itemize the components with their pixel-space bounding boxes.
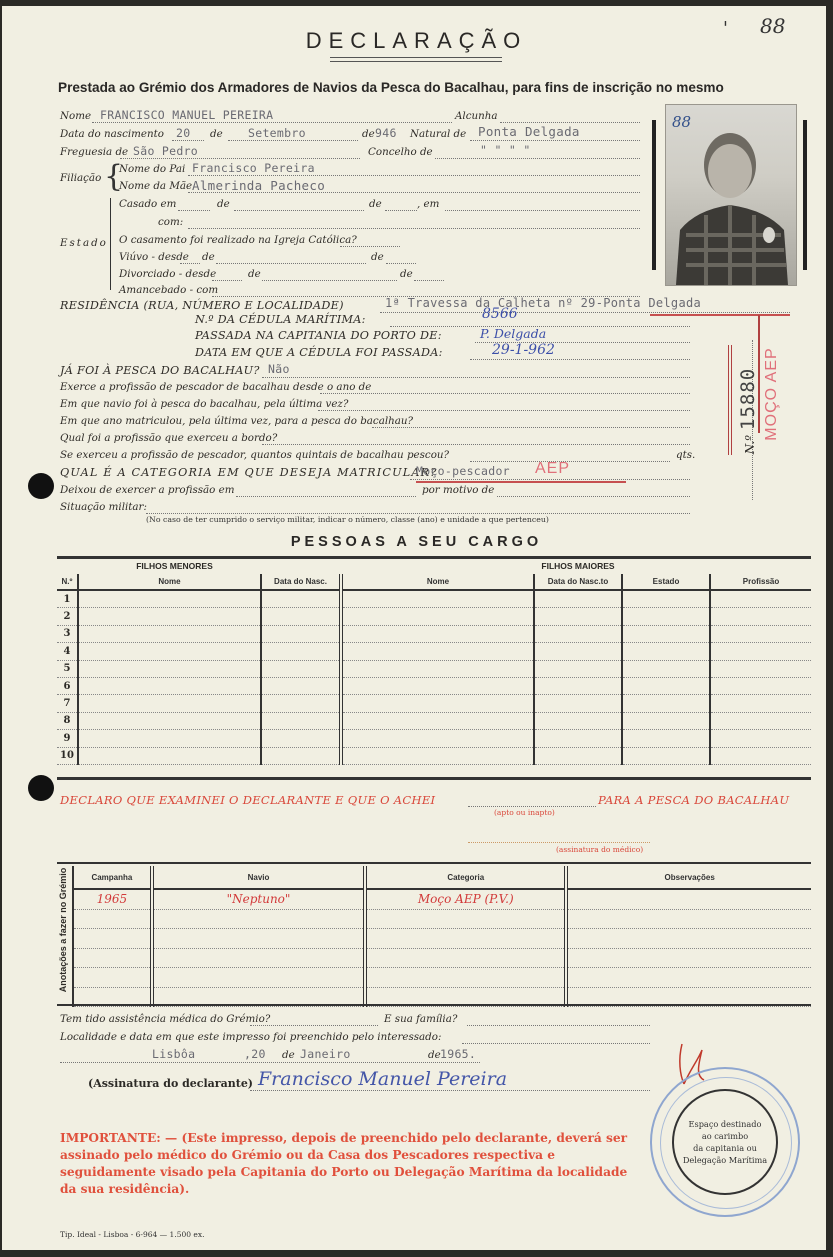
- table-row: [73, 968, 811, 988]
- assistencia-field[interactable]: [250, 1025, 378, 1026]
- pai-line: [188, 175, 640, 176]
- freguesia-field[interactable]: São Pedro: [133, 144, 198, 158]
- natural-field[interactable]: Ponta Delgada: [478, 124, 580, 139]
- table-row: 2: [57, 608, 811, 625]
- stamp-line: Delegação Marítima: [683, 1154, 767, 1166]
- page-title: DECLARAÇÃO: [0, 28, 833, 54]
- menor-nome-cell[interactable]: [78, 677, 261, 694]
- freguesia-label: Freguesia de: [60, 146, 128, 158]
- col-maiores-nasc: Data do Nasc.to: [534, 574, 622, 590]
- assinatura-medico-note: (assinatura do médico): [556, 845, 643, 854]
- igreja-field[interactable]: [340, 246, 400, 247]
- maior-nome-cell[interactable]: [341, 625, 534, 642]
- divorciado-month-field[interactable]: [262, 280, 397, 281]
- mae-field[interactable]: Almerinda Pacheco: [192, 178, 325, 193]
- estado-cell[interactable]: [622, 695, 710, 712]
- profissao-cell[interactable]: [710, 590, 811, 608]
- viuvo-year-field[interactable]: [386, 263, 416, 264]
- anot-top-rule: [57, 862, 811, 864]
- table-row: [73, 948, 811, 968]
- stamp-text: Espaço destinado ao carimbo da capitania…: [683, 1118, 767, 1166]
- de-label: de: [369, 198, 382, 210]
- maior-nasc-cell[interactable]: [534, 730, 622, 747]
- amancebado-label: Amancebado - com: [119, 284, 218, 296]
- menor-nome-cell[interactable]: [78, 608, 261, 625]
- desde-field[interactable]: [320, 393, 690, 394]
- maior-nome-cell[interactable]: [341, 643, 534, 660]
- estado-cell[interactable]: [622, 608, 710, 625]
- apto-note: (apto ou inapto): [494, 808, 555, 817]
- table-row: 8: [57, 712, 811, 729]
- nascimento-year-field[interactable]: 946: [375, 126, 397, 140]
- igreja-label: O casamento foi realizado na Igreja Cató…: [119, 234, 357, 246]
- anotacoes-side-label: Anotações a fazer no Grémio: [58, 855, 68, 1005]
- pai-label: Nome do Pai: [119, 163, 185, 175]
- profissao-cell[interactable]: [710, 730, 811, 747]
- navio-cell[interactable]: [152, 968, 365, 988]
- categoria-line: [410, 479, 690, 480]
- de-label: de: [248, 268, 261, 280]
- deixou-field[interactable]: [236, 496, 416, 497]
- applicant-photo: 88: [665, 104, 797, 286]
- maior-nome-cell[interactable]: [341, 660, 534, 677]
- menor-nasc-cell[interactable]: [261, 730, 341, 747]
- menor-nasc-cell[interactable]: [261, 747, 341, 764]
- category-stamp: MOÇO AEP: [763, 334, 781, 454]
- menor-nasc-cell[interactable]: [261, 590, 341, 608]
- localidade-line: [462, 1043, 650, 1044]
- table-row: 1965"Neptuno"Moço AEP (P.V.): [73, 889, 811, 909]
- profissao-cell[interactable]: [710, 643, 811, 660]
- table-row: 7: [57, 695, 811, 712]
- menor-nome-cell[interactable]: [78, 660, 261, 677]
- maior-nome-cell[interactable]: [341, 712, 534, 729]
- categoria-cell[interactable]: [365, 948, 566, 968]
- maior-nome-cell[interactable]: [341, 747, 534, 764]
- assistencia-label: Tem tido assistência médica do Grémio?: [60, 1013, 270, 1025]
- title-underline: [330, 57, 502, 62]
- table-row: 3: [57, 625, 811, 642]
- maior-nome-cell[interactable]: [341, 677, 534, 694]
- menor-nasc-cell[interactable]: [261, 608, 341, 625]
- menor-nome-cell[interactable]: [78, 695, 261, 712]
- local-field[interactable]: Lisbôa: [152, 1047, 195, 1061]
- observacoes-cell[interactable]: [566, 948, 811, 968]
- observacoes-cell[interactable]: [566, 909, 811, 929]
- declaro-label: DECLARO QUE EXAMINEI O DECLARANTE E QUE …: [60, 793, 435, 807]
- categoria-cell[interactable]: [365, 909, 566, 929]
- row-number: 1: [57, 590, 78, 608]
- com-label: com:: [158, 216, 183, 228]
- nascimento-label: Data do nascimento: [60, 128, 164, 140]
- side-number-stamp: N.º 15880: [737, 351, 759, 471]
- nome-field[interactable]: FRANCISCO MANUEL PEREIRA: [100, 108, 273, 122]
- anotacoes-table: Campanha Navio Categoria Observações 196…: [72, 866, 811, 1007]
- profissao-cell[interactable]: [710, 712, 811, 729]
- profissao-cell[interactable]: [710, 608, 811, 625]
- table-row: 5: [57, 660, 811, 677]
- punch-hole: [28, 775, 54, 801]
- divorciado-label: Divorciado - desde: [119, 268, 216, 280]
- table-row: [73, 929, 811, 949]
- dependentes-table: N.º Nome Data do Nasc. Nome Data do Nasc…: [57, 574, 811, 765]
- casado-place-field[interactable]: [445, 210, 640, 211]
- col-menores-nome: Nome: [78, 574, 261, 590]
- deixou-label: Deixou de exercer a profissão em: [60, 484, 235, 496]
- maior-nome-cell[interactable]: [341, 608, 534, 625]
- menor-nasc-cell[interactable]: [261, 677, 341, 694]
- alcunha-label: Alcunha: [455, 110, 498, 122]
- natural-label: Natural de: [410, 128, 466, 140]
- assinatura-medico-field[interactable]: [468, 842, 650, 843]
- estado-cell[interactable]: [622, 625, 710, 642]
- categoria-cell[interactable]: [365, 929, 566, 949]
- ja-foi-field[interactable]: Não: [268, 362, 290, 376]
- row-number: 6: [57, 677, 78, 694]
- cedula-field[interactable]: 8566: [482, 306, 518, 322]
- capitania-stamp-area: Espaço destinado ao carimbo da capitania…: [672, 1089, 778, 1195]
- estado-cell[interactable]: [622, 677, 710, 694]
- de-label: de: [210, 128, 223, 140]
- militar-note: (No caso de ter cumprido o serviço milit…: [146, 515, 549, 524]
- ano-field[interactable]: 1965.: [440, 1047, 476, 1061]
- mes-field[interactable]: Janeiro: [300, 1047, 351, 1061]
- anot-bottom-rule: [57, 1004, 811, 1006]
- assinatura-label: (Assinatura do declarante): [88, 1077, 253, 1090]
- profissao-field[interactable]: [262, 444, 690, 445]
- menor-nome-cell[interactable]: [78, 590, 261, 608]
- menor-nasc-cell[interactable]: [261, 712, 341, 729]
- desde-label: Exerce a profissão de pescador de bacalh…: [60, 381, 371, 393]
- estado-cell[interactable]: [622, 660, 710, 677]
- menor-nasc-cell[interactable]: [261, 660, 341, 677]
- campanha-cell[interactable]: [73, 909, 152, 929]
- estado-cell[interactable]: [622, 730, 710, 747]
- estado-brace: [110, 198, 111, 290]
- campanha-cell[interactable]: [73, 968, 152, 988]
- casado-year-field[interactable]: [385, 210, 417, 211]
- photo-frame-left: [652, 120, 656, 270]
- de-label: de: [217, 198, 230, 210]
- concelho-label: Concelho de: [368, 146, 433, 158]
- estado-cell[interactable]: [622, 590, 710, 608]
- estado-cell[interactable]: [622, 643, 710, 660]
- table-row: 6: [57, 677, 811, 694]
- mae-label: Nome da Mãe: [119, 180, 192, 192]
- observacoes-cell[interactable]: [566, 929, 811, 949]
- para-label: PARA A PESCA DO BACALHAU: [598, 793, 789, 807]
- menor-nome-cell[interactable]: [78, 643, 261, 660]
- row-number: 7: [57, 695, 78, 712]
- militar-field[interactable]: [146, 513, 690, 514]
- nascimento-month-field[interactable]: Setembro: [248, 126, 306, 140]
- casado-month-field[interactable]: [234, 210, 364, 211]
- number-prefix: N.º: [743, 435, 757, 454]
- ja-foi-label: JÁ FOI À PESCA DO BACALHAU?: [60, 364, 260, 377]
- militar-label: Situação militar:: [60, 501, 147, 513]
- menores-heading: FILHOS MENORES: [57, 561, 292, 571]
- dia-field[interactable]: ,20: [244, 1047, 266, 1061]
- maior-nasc-cell[interactable]: [534, 590, 622, 608]
- localidade-label: Localidade e data em que este impresso f…: [60, 1031, 441, 1043]
- menor-nome-cell[interactable]: [78, 730, 261, 747]
- motivo-field[interactable]: [497, 496, 690, 497]
- menor-nasc-cell[interactable]: [261, 643, 341, 660]
- col-estado: Estado: [622, 574, 710, 590]
- campanha-cell[interactable]: [73, 929, 152, 949]
- nome-label: Nome: [60, 110, 91, 122]
- filiacao-label: Filiação: [60, 172, 101, 184]
- alcunha-field[interactable]: [500, 122, 640, 123]
- menor-nasc-cell[interactable]: [261, 695, 341, 712]
- profissao-cell[interactable]: [710, 660, 811, 677]
- natural-line: [470, 140, 640, 141]
- navio-cell[interactable]: [152, 929, 365, 949]
- casado-label: Casado em: [119, 198, 176, 210]
- maior-nasc-cell[interactable]: [534, 660, 622, 677]
- side-double-line: [728, 345, 732, 455]
- com-field[interactable]: [188, 228, 640, 229]
- table-bottom-rule: [57, 777, 811, 780]
- familia-label: E sua família?: [384, 1013, 457, 1025]
- de-label: de: [371, 251, 384, 263]
- estado-cell[interactable]: [622, 747, 710, 764]
- importante-notice: IMPORTANTE: — (Este impresso, depois de …: [60, 1130, 644, 1198]
- col-categoria: Categoria: [365, 866, 566, 889]
- viuvo-month-field[interactable]: [216, 263, 366, 264]
- table-row: 4: [57, 643, 811, 660]
- cedula-label: N.º DA CÉDULA MARÍTIMA:: [195, 313, 366, 326]
- table-row: [73, 909, 811, 929]
- residencia-line: [380, 312, 790, 313]
- quintais-label: Se exerceu a profissão de pescador, quan…: [60, 449, 449, 461]
- table-row: 1: [57, 590, 811, 608]
- menor-nome-cell[interactable]: [78, 625, 261, 642]
- categoria-cell[interactable]: Moço AEP (P.V.): [365, 889, 566, 909]
- profissao-cell[interactable]: [710, 695, 811, 712]
- subtitle: Prestada ao Grémio dos Armadores de Navi…: [58, 80, 724, 95]
- de-label: de: [428, 1049, 441, 1061]
- capitania-label: PASSADA NA CAPITANIA DO PORTO DE:: [195, 329, 442, 342]
- observacoes-cell[interactable]: [566, 968, 811, 988]
- categoria-cell[interactable]: [365, 968, 566, 988]
- motivo-label: por motivo de: [422, 484, 494, 496]
- capitania-field[interactable]: P. Delgada: [480, 326, 546, 341]
- maior-nasc-cell[interactable]: [534, 695, 622, 712]
- viuvo-label: Viúvo - desde: [119, 251, 189, 263]
- col-numero: N.º: [57, 574, 78, 590]
- row-number: 5: [57, 660, 78, 677]
- row-number: 8: [57, 712, 78, 729]
- menor-nome-cell[interactable]: [78, 712, 261, 729]
- residencia-underline: [650, 314, 790, 316]
- col-profissao: Profissão: [710, 574, 811, 590]
- row-number: 2: [57, 608, 78, 625]
- assinatura-field[interactable]: Francisco Manuel Pereira: [258, 1068, 507, 1090]
- profissao-cell[interactable]: [710, 747, 811, 764]
- localidade-date-line: [60, 1062, 480, 1063]
- table-row: 9: [57, 730, 811, 747]
- profissao-cell[interactable]: [710, 677, 811, 694]
- col-menores-nasc: Data do Nasc.: [261, 574, 341, 590]
- nascimento-month-line: [228, 140, 358, 141]
- estado-label: Estado: [60, 237, 108, 249]
- ano-label: Em que ano matriculou, pela última vez, …: [60, 415, 413, 427]
- nome-line: [92, 122, 452, 123]
- categoria-underline: [416, 481, 626, 483]
- importante-lead: IMPORTANTE: —: [60, 1131, 177, 1145]
- stamp-line: da capitania ou: [683, 1142, 767, 1154]
- stamp-line: ao carimbo: [683, 1130, 767, 1142]
- freguesia-line: [120, 158, 360, 159]
- photo-annotation: 88: [672, 113, 691, 131]
- maior-nasc-cell[interactable]: [534, 625, 622, 642]
- row-number: 4: [57, 643, 78, 660]
- col-navio: Navio: [152, 866, 365, 889]
- ano-field[interactable]: [372, 427, 690, 428]
- categoria-stamp: AEP: [535, 460, 570, 478]
- col-observacoes: Observações: [566, 866, 811, 889]
- maior-nasc-cell[interactable]: [534, 712, 622, 729]
- navio-field[interactable]: [318, 410, 690, 411]
- row-number: 10: [57, 747, 78, 764]
- em-label: , em: [417, 198, 439, 210]
- concelho-line: [435, 158, 640, 159]
- de-label: de: [400, 268, 413, 280]
- row-number: 9: [57, 730, 78, 747]
- navio-cell[interactable]: "Neptuno": [152, 889, 365, 909]
- maior-nasc-cell[interactable]: [534, 747, 622, 764]
- profissao-label: Qual foi a profissão que exerceu a bordo…: [60, 432, 277, 444]
- portrait-icon: [666, 105, 796, 285]
- assinatura-line: [250, 1090, 650, 1091]
- col-maiores-nome: Nome: [341, 574, 534, 590]
- photo-frame-right: [803, 120, 807, 270]
- profissao-cell[interactable]: [710, 625, 811, 642]
- quintais-unit: qts.: [676, 449, 695, 461]
- menor-nome-cell[interactable]: [78, 747, 261, 764]
- page-number: 88: [760, 14, 785, 38]
- campanha-cell[interactable]: 1965: [73, 889, 152, 909]
- maior-nasc-cell[interactable]: [534, 677, 622, 694]
- observacoes-cell[interactable]: [566, 889, 811, 909]
- nascimento-day-line: [172, 140, 204, 141]
- categoria-field[interactable]: Moço-pescador: [416, 464, 510, 478]
- data-cedula-line: [470, 359, 690, 360]
- estado-cell[interactable]: [622, 712, 710, 729]
- dependentes-title: PESSOAS A SEU CARGO: [0, 534, 833, 550]
- apto-field[interactable]: [468, 806, 596, 807]
- divorciado-year-field[interactable]: [414, 280, 444, 281]
- categoria-label: QUAL É A CATEGORIA EM QUE DESEJA MATRICU…: [60, 466, 437, 479]
- stamp-line: Espaço destinado: [683, 1118, 767, 1130]
- corner-mark: ': [723, 18, 728, 39]
- maiores-heading: FILHOS MAIORES: [345, 561, 811, 571]
- col-campanha: Campanha: [73, 866, 152, 889]
- familia-field[interactable]: [467, 1025, 650, 1026]
- campanha-cell[interactable]: [73, 948, 152, 968]
- de-label: de: [202, 251, 215, 263]
- menor-nasc-cell[interactable]: [261, 625, 341, 642]
- row-number: 3: [57, 625, 78, 642]
- viuvo-day-field[interactable]: [180, 263, 200, 264]
- navio-cell[interactable]: [152, 948, 365, 968]
- maior-nome-cell[interactable]: [341, 730, 534, 747]
- nascimento-day-field[interactable]: 20: [176, 126, 190, 140]
- maior-nasc-cell[interactable]: [534, 643, 622, 660]
- registration-number: 15880: [737, 368, 759, 430]
- printer-footer: Tip. Ideal - Lisboa - 6-964 — 1.500 ex.: [60, 1230, 204, 1239]
- residencia-label: RESIDÊNCIA (RUA, NÚMERO E LOCALIDADE): [60, 299, 344, 312]
- pai-field[interactable]: Francisco Pereira: [192, 161, 315, 175]
- table-row: 10: [57, 747, 811, 764]
- year-label: de: [362, 128, 375, 140]
- navio-cell[interactable]: [152, 909, 365, 929]
- maior-nome-cell[interactable]: [341, 695, 534, 712]
- punch-hole: [28, 473, 54, 499]
- de-label: de: [282, 1049, 295, 1061]
- table-top-rule: [57, 556, 811, 559]
- maior-nome-cell[interactable]: [341, 590, 534, 608]
- residencia-field[interactable]: 1ª Travessa da Calheta nº 29-Ponta Delga…: [385, 296, 701, 310]
- maior-nasc-cell[interactable]: [534, 608, 622, 625]
- navio-label: Em que navio foi à pesca do bacalhau, pe…: [60, 398, 348, 410]
- data-cedula-field[interactable]: 29-1-962: [492, 342, 555, 358]
- concelho-field[interactable]: " " " ": [480, 143, 531, 157]
- ja-foi-line: [262, 377, 690, 378]
- data-cedula-label: DATA EM QUE A CÉDULA FOI PASSADA:: [195, 346, 443, 359]
- divorciado-day-field[interactable]: [212, 280, 242, 281]
- casado-day-field[interactable]: [178, 210, 210, 211]
